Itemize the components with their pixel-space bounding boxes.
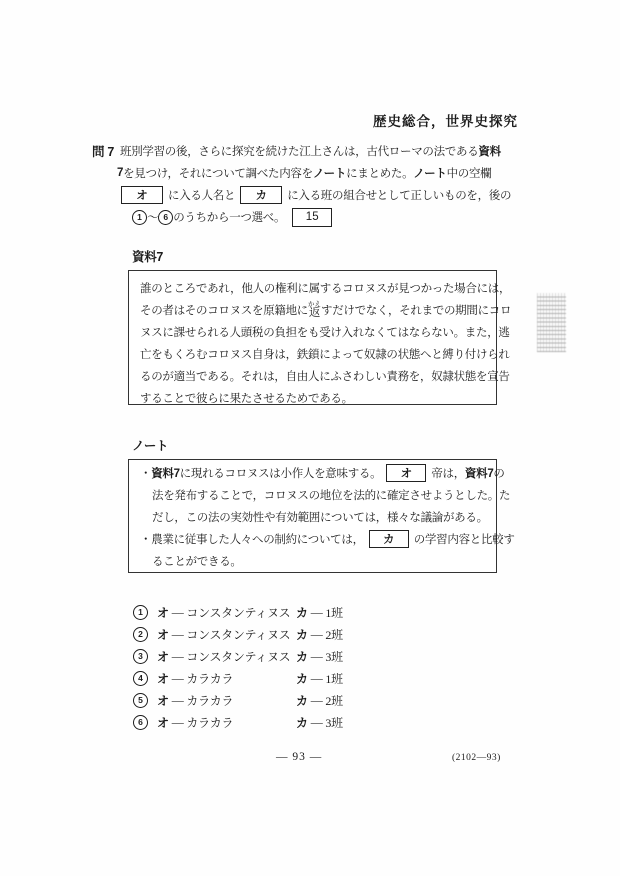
option-row-6: 6 オ―カラカラ カ―3班 <box>133 711 343 733</box>
exam-page: 歴史総合，世界史探究 問 7 班別学習の後，さらに探究を続けた江上さんは，古代ロ… <box>0 0 620 876</box>
option-o-value: カラカラ <box>186 670 233 687</box>
circled-number-icon: 1 <box>133 605 148 620</box>
ref-note-bold: ノート <box>313 165 346 181</box>
dash-glyph: ― <box>311 627 323 642</box>
circled-number-icon: 3 <box>133 649 148 664</box>
shiryo7-line: その者はそのコロヌスを原籍地に返かえすだけでなく，それまでの期間にコロ <box>140 299 496 321</box>
note-bullet2-line2: ることができる。 <box>140 550 496 572</box>
note-text: の学習内容と比較す <box>414 531 515 547</box>
option-row-5: 5 オ―カラカラ カ―2班 <box>133 689 343 711</box>
option-ka-value: 3班 <box>325 648 342 665</box>
option-o-value: コンスタンティヌス <box>186 626 290 643</box>
ref-note-bold: ノート <box>413 165 446 181</box>
print-bleed-artifact <box>537 293 566 352</box>
print-code: (2102—93) <box>452 753 501 763</box>
option-ka-label: カ <box>296 670 308 687</box>
answer-number-box: 15 <box>292 208 332 227</box>
dash-glyph: ― <box>172 715 184 730</box>
dash-glyph: ― <box>311 693 323 708</box>
option-row-4: 4 オ―カラカラ カ―1班 <box>133 667 343 689</box>
blank-box-o: オ <box>386 464 426 482</box>
shiryo7-line: 亡をもくろむコロヌス自身は，鉄鎖によって奴隷の状態へと縛り付けられ <box>140 343 496 365</box>
question-line-2: 7 を見つけ，それについて調べた内容をノートにまとめた。ノート中の空欄 <box>117 162 491 184</box>
note-text: 帝は， <box>431 465 465 481</box>
ruby-base: 返 <box>308 307 321 319</box>
note-bullet1-line3: だし，この法の実効性や有効範囲については，様々な議論がある。 <box>140 506 496 528</box>
shiryo7-label: 資料7 <box>132 247 163 265</box>
option-ka-value: 1班 <box>325 670 342 687</box>
circled-number-1-icon: 1 <box>132 210 147 225</box>
blank-box-o: オ <box>121 186 163 204</box>
tilde-glyph: ～ <box>147 209 158 225</box>
option-ka-value: 2班 <box>325 692 342 709</box>
blank-box-ka: カ <box>369 530 409 548</box>
note-label: ノート <box>132 436 168 454</box>
dash-glyph: ― <box>172 649 184 664</box>
dash-glyph: ― <box>311 605 323 620</box>
circled-number-icon: 5 <box>133 693 148 708</box>
option-o-label: オ <box>157 714 169 731</box>
dash-glyph: ― <box>311 671 323 686</box>
option-row-2: 2 オ―コンスタンティヌス カ―2班 <box>133 623 343 645</box>
shiryo7-line: るのが適当である。それは，自由人にふさわしい責務を，奴隷状態を宣告 <box>140 365 496 387</box>
option-o-label: オ <box>157 692 169 709</box>
note-box: ・資料7に現れるコロヌスは小作人を意味する。オ帝は，資料7の 法を発布することで… <box>128 459 497 573</box>
option-o-value: カラカラ <box>186 714 233 731</box>
dash-glyph: ― <box>172 627 184 642</box>
shiryo7-text: その者はそのコロヌスを原籍地に <box>140 302 308 318</box>
option-o-value: コンスタンティヌス <box>186 648 290 665</box>
question-text: に入る人名と <box>168 187 235 203</box>
option-ka-label: カ <box>296 626 308 643</box>
shiryo7-line: することで彼らに果たさせるためである。 <box>140 387 496 409</box>
question-number-label: 問 7 <box>92 140 114 162</box>
question-line-3: オに入る人名とカに入る班の組合せとして正しいものを，後の <box>121 184 511 206</box>
question-text: のうちから一つ選べ。 <box>173 209 285 225</box>
page-title: 歴史総合，世界史探究 <box>373 110 518 130</box>
shiryo7-box: 誰のところであれ，他人の権利に属するコロヌスが見つかった場合には， その者はその… <box>128 270 497 405</box>
ruby-kaesu: 返かえ <box>308 301 321 320</box>
option-row-1: 1 オ―コンスタンティヌス カ―1班 <box>133 601 343 623</box>
shiryo7-text: すだけでなく，それまでの期間にコロ <box>321 302 511 318</box>
question-text: 中の空欄 <box>447 165 492 181</box>
question-line-4: 1～6のうちから一つ選べ。15 <box>132 206 332 228</box>
page-number: — 93 — <box>276 751 322 763</box>
question-text: を見つけ，それについて調べた内容を <box>123 165 313 181</box>
shiryo7-line: ヌスに課せられる人頭税の負担をも受け入れなくてはならない。また，逃 <box>140 321 496 343</box>
question-line-1: 班別学習の後，さらに探究を続けた江上さんは，古代ローマの法である資料 <box>120 140 501 162</box>
note-bullet1-line1: ・資料7に現れるコロヌスは小作人を意味する。オ帝は，資料7の <box>140 462 496 484</box>
option-o-value: カラカラ <box>186 692 233 709</box>
circled-number-6-icon: 6 <box>158 210 173 225</box>
option-o-label: オ <box>157 604 169 621</box>
circled-number-icon: 2 <box>133 627 148 642</box>
ruby-furigana: かえ <box>308 301 321 308</box>
option-ka-value: 3班 <box>325 714 342 731</box>
option-o-label: オ <box>157 670 169 687</box>
dash-glyph: ― <box>172 605 184 620</box>
option-o-label: オ <box>157 648 169 665</box>
option-row-3: 3 オ―コンスタンティヌス カ―3班 <box>133 645 343 667</box>
question-text: にまとめた。 <box>346 165 413 181</box>
dash-glyph: ― <box>172 671 184 686</box>
blank-box-ka: カ <box>240 186 282 204</box>
question-text: 班別学習の後，さらに探究を続けた江上さんは，古代ローマの法である <box>120 143 478 159</box>
note-bullet1-line2: 法を発布することで，コロヌスの地位を法的に確定させようとした。た <box>140 484 496 506</box>
circled-number-icon: 6 <box>133 715 148 730</box>
note-text: 農業に従事した人々への制約については， <box>151 531 364 547</box>
note-bullet2-line1: ・農業に従事した人々への制約については，カの学習内容と比較す <box>140 528 496 550</box>
option-ka-label: カ <box>296 692 308 709</box>
dash-glyph: ― <box>172 693 184 708</box>
option-ka-label: カ <box>296 604 308 621</box>
ref-shiryo-bold: 資料7 <box>465 465 494 481</box>
option-ka-value: 2班 <box>325 626 342 643</box>
ref-shiryo-bold: 資料 <box>478 143 500 159</box>
dash-glyph: ― <box>311 715 323 730</box>
note-text: の <box>493 465 504 481</box>
option-ka-label: カ <box>296 648 308 665</box>
option-o-label: オ <box>157 626 169 643</box>
bullet-glyph: ・ <box>140 465 151 481</box>
dash-glyph: ― <box>311 649 323 664</box>
question-text: に入る班の組合せとして正しいものを，後の <box>287 187 511 203</box>
option-ka-label: カ <box>296 714 308 731</box>
circled-number-icon: 4 <box>133 671 148 686</box>
bullet-glyph: ・ <box>140 531 151 547</box>
note-text: に現れるコロヌスは小作人を意味する。 <box>180 465 382 481</box>
option-ka-value: 1班 <box>325 604 342 621</box>
shiryo7-line: 誰のところであれ，他人の権利に属するコロヌスが見つかった場合には， <box>140 277 496 299</box>
ref-shiryo-bold: 資料7 <box>151 465 180 481</box>
option-o-value: コンスタンティヌス <box>186 604 290 621</box>
